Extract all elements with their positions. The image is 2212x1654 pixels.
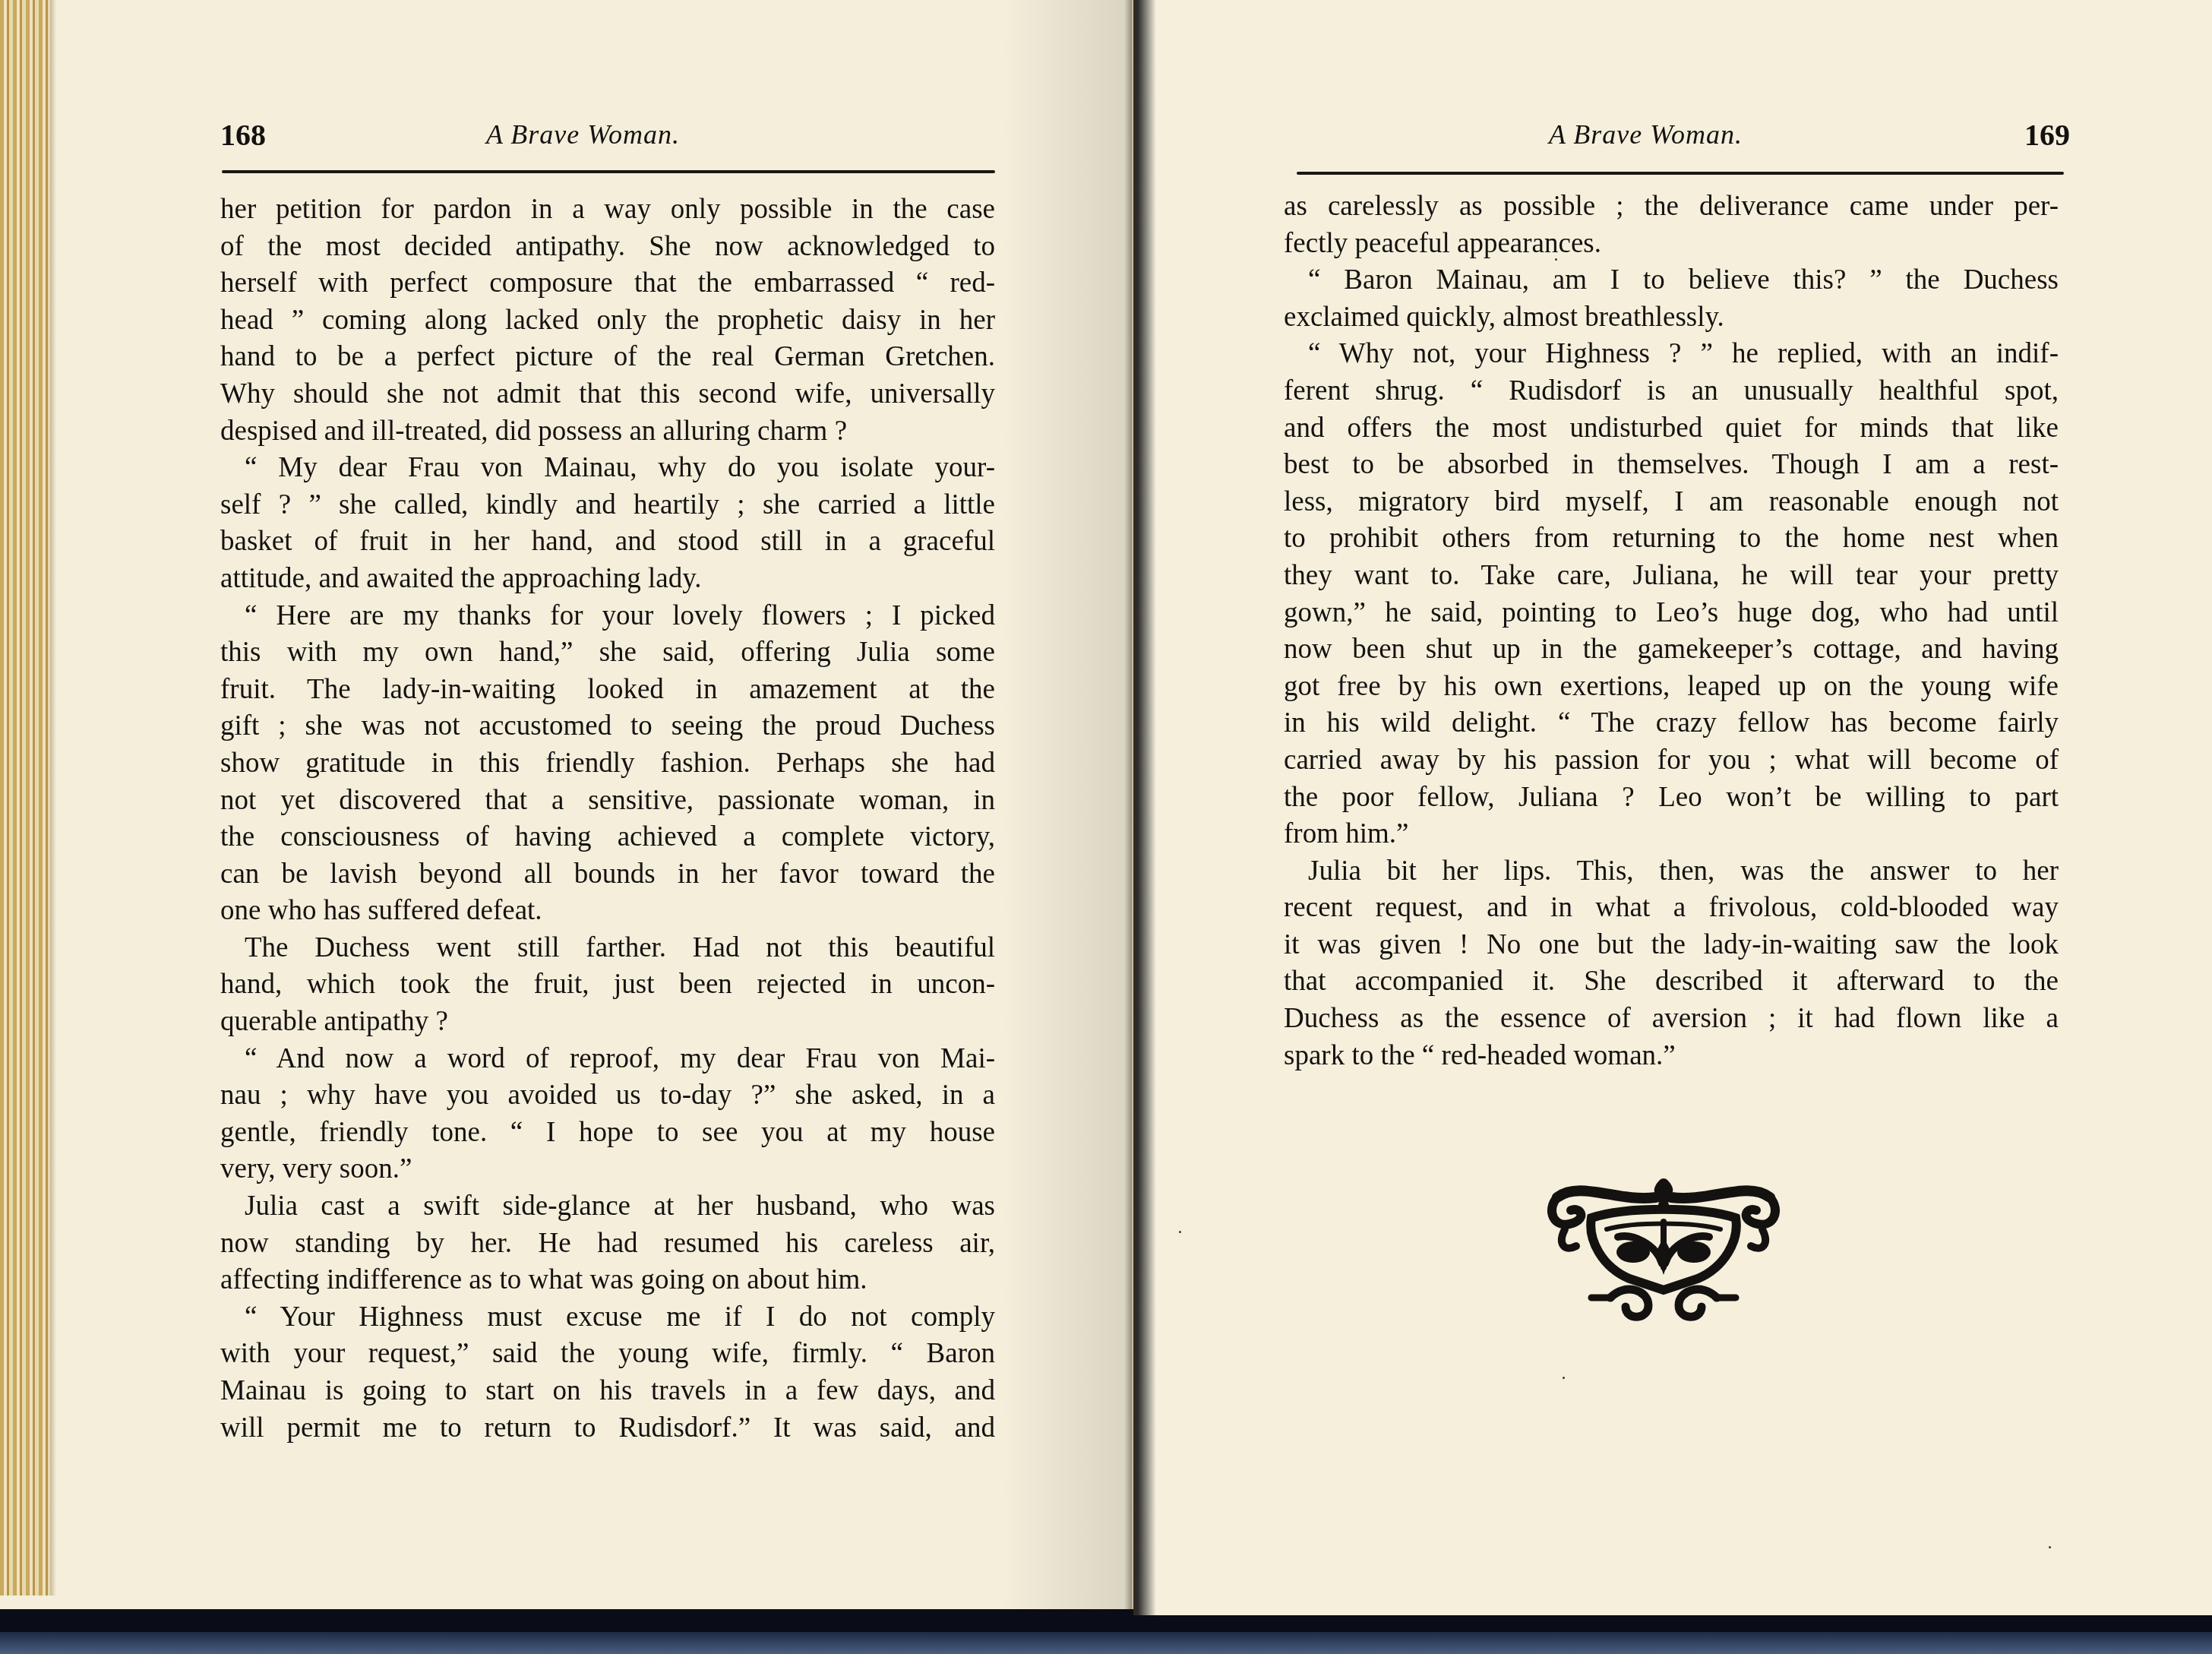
text-line: Why should she not admit that this secon… xyxy=(220,376,995,413)
text-line: with your request,” said the young wife,… xyxy=(220,1336,995,1373)
text-line: not yet discovered that a sensitive, pas… xyxy=(220,783,995,820)
text-line: got free by his own exertions, leaped up… xyxy=(1284,669,2059,706)
text-line: less, migratory bird myself, I am reason… xyxy=(1284,484,2059,521)
text-line: and offers the most undisturbed quiet fo… xyxy=(1284,410,2059,447)
body-text: as carelessly as possible ; the delivera… xyxy=(1284,188,2059,1074)
page-number: 169 xyxy=(2024,117,2070,153)
text-line: the consciousness of having achieved a c… xyxy=(220,819,995,856)
text-line: one who has suffered defeat. xyxy=(220,893,995,930)
text-line: gift ; she was not accustomed to seeing … xyxy=(220,708,995,745)
text-line: basket of fruit in her hand, and stood s… xyxy=(220,523,995,561)
text-line: ferent shrug. “ Rudisdorf is an unusuall… xyxy=(1284,373,2059,410)
text-line: now been shut up in the gamekeeper’s cot… xyxy=(1284,631,2059,669)
text-line: “ And now a word of reproof, my dear Fra… xyxy=(220,1041,995,1078)
page-number: 168 xyxy=(220,117,266,153)
running-title: A Brave Woman. xyxy=(1549,119,1743,150)
text-line: it was given ! No one but the lady-in-wa… xyxy=(1284,927,2059,964)
text-line: her petition for pardon in a way only po… xyxy=(220,191,995,229)
text-line: despised and ill-treated, did possess an… xyxy=(220,413,995,451)
text-line: fruit. The lady-in-waiting looked in ama… xyxy=(220,672,995,709)
tailpiece-ornament-icon xyxy=(1534,1176,1793,1328)
text-line: can be lavish beyond all bounds in her f… xyxy=(220,856,995,893)
running-head: A Brave Woman. 169 xyxy=(1295,114,2070,160)
fore-edge-shadow xyxy=(50,0,56,1595)
text-line: spark to the “ red-headed woman.” xyxy=(1284,1038,2059,1075)
text-line: will permit me to return to Rudisdorf.” … xyxy=(220,1410,995,1447)
text-line: this with my own hand,” she said, offeri… xyxy=(220,634,995,672)
text-line: The Duchess went still farther. Had not … xyxy=(220,930,995,967)
text-line: gentle, friendly tone. “ I hope to see y… xyxy=(220,1115,995,1152)
text-line: to prohibit others from returning to the… xyxy=(1284,520,2059,558)
text-line: gown,” he said, pointing to Leo’s huge d… xyxy=(1284,595,2059,632)
text-line: of the most decided antipathy. She now a… xyxy=(220,229,995,266)
text-line: the poor fellow, Juliana ? Leo won’t be … xyxy=(1284,780,2059,817)
text-line: affecting indifference as to what was go… xyxy=(220,1262,995,1299)
page-fore-edge xyxy=(0,0,50,1595)
text-line: “ Baron Mainau, am I to believe this? ” … xyxy=(1284,262,2059,299)
text-line: that accompanied it. She described it af… xyxy=(1284,963,2059,1001)
text-line: “ My dear Frau von Mainau, why do you is… xyxy=(220,450,995,487)
text-line: herself with perfect composure that the … xyxy=(220,265,995,302)
text-line: best to be absorbed in themselves. Thoug… xyxy=(1284,447,2059,484)
text-line: carried away by his passion for you ; wh… xyxy=(1284,742,2059,780)
text-line: very, very soon.” xyxy=(220,1151,995,1188)
text-line: “ Your Highness must excuse me if I do n… xyxy=(220,1299,995,1336)
text-line: nau ; why have you avoided us to-day ?” … xyxy=(220,1077,995,1115)
text-line: exclaimed quickly, almost breathlessly. xyxy=(1284,299,2059,337)
running-head: 168 A Brave Woman. xyxy=(220,114,995,160)
text-line: from him.” xyxy=(1284,816,2059,853)
header-rule xyxy=(222,170,995,173)
text-line: head ” coming along lacked only the prop… xyxy=(220,302,995,340)
text-line: “ Here are my thanks for your lovely flo… xyxy=(220,598,995,635)
text-line: as carelessly as possible ; the delivera… xyxy=(1284,188,2059,226)
text-line: now standing by her. He had resumed his … xyxy=(220,1225,995,1263)
text-line: querable antipathy ? xyxy=(220,1004,995,1041)
text-line: recent request, and in what a frivolous,… xyxy=(1284,890,2059,927)
scanner-background xyxy=(0,1632,2212,1654)
text-line: Mainau is going to start on his travels … xyxy=(220,1373,995,1410)
header-rule xyxy=(1297,172,2064,175)
text-line: they want to. Take care, Juliana, he wil… xyxy=(1284,558,2059,595)
running-title: A Brave Woman. xyxy=(486,119,680,150)
text-line: Julia cast a swift side-glance at her hu… xyxy=(220,1188,995,1225)
text-line: hand, which took the fruit, just been re… xyxy=(220,966,995,1004)
text-line: Julia bit her lips. This, then, was the … xyxy=(1284,853,2059,890)
body-text: her petition for pardon in a way only po… xyxy=(220,191,995,1447)
text-line: in his wild delight. “ The crazy fellow … xyxy=(1284,705,2059,742)
right-page: A Brave Woman. 169 as carelessly as poss… xyxy=(1133,0,2212,1615)
text-line: “ Why not, your Highness ? ” he replied,… xyxy=(1284,336,2059,373)
left-page: 168 A Brave Woman. her petition for pard… xyxy=(0,0,1133,1609)
text-line: fectly peaceful appearances. xyxy=(1284,226,2059,263)
text-line: hand to be a perfect picture of the real… xyxy=(220,339,995,376)
text-line: show gratitude in this friendly fashion.… xyxy=(220,745,995,783)
text-line: self ? ” she called, kindly and heartily… xyxy=(220,487,995,524)
text-line: Duchess as the essence of aversion ; it … xyxy=(1284,1001,2059,1038)
text-line: attitude, and awaited the approaching la… xyxy=(220,561,995,598)
